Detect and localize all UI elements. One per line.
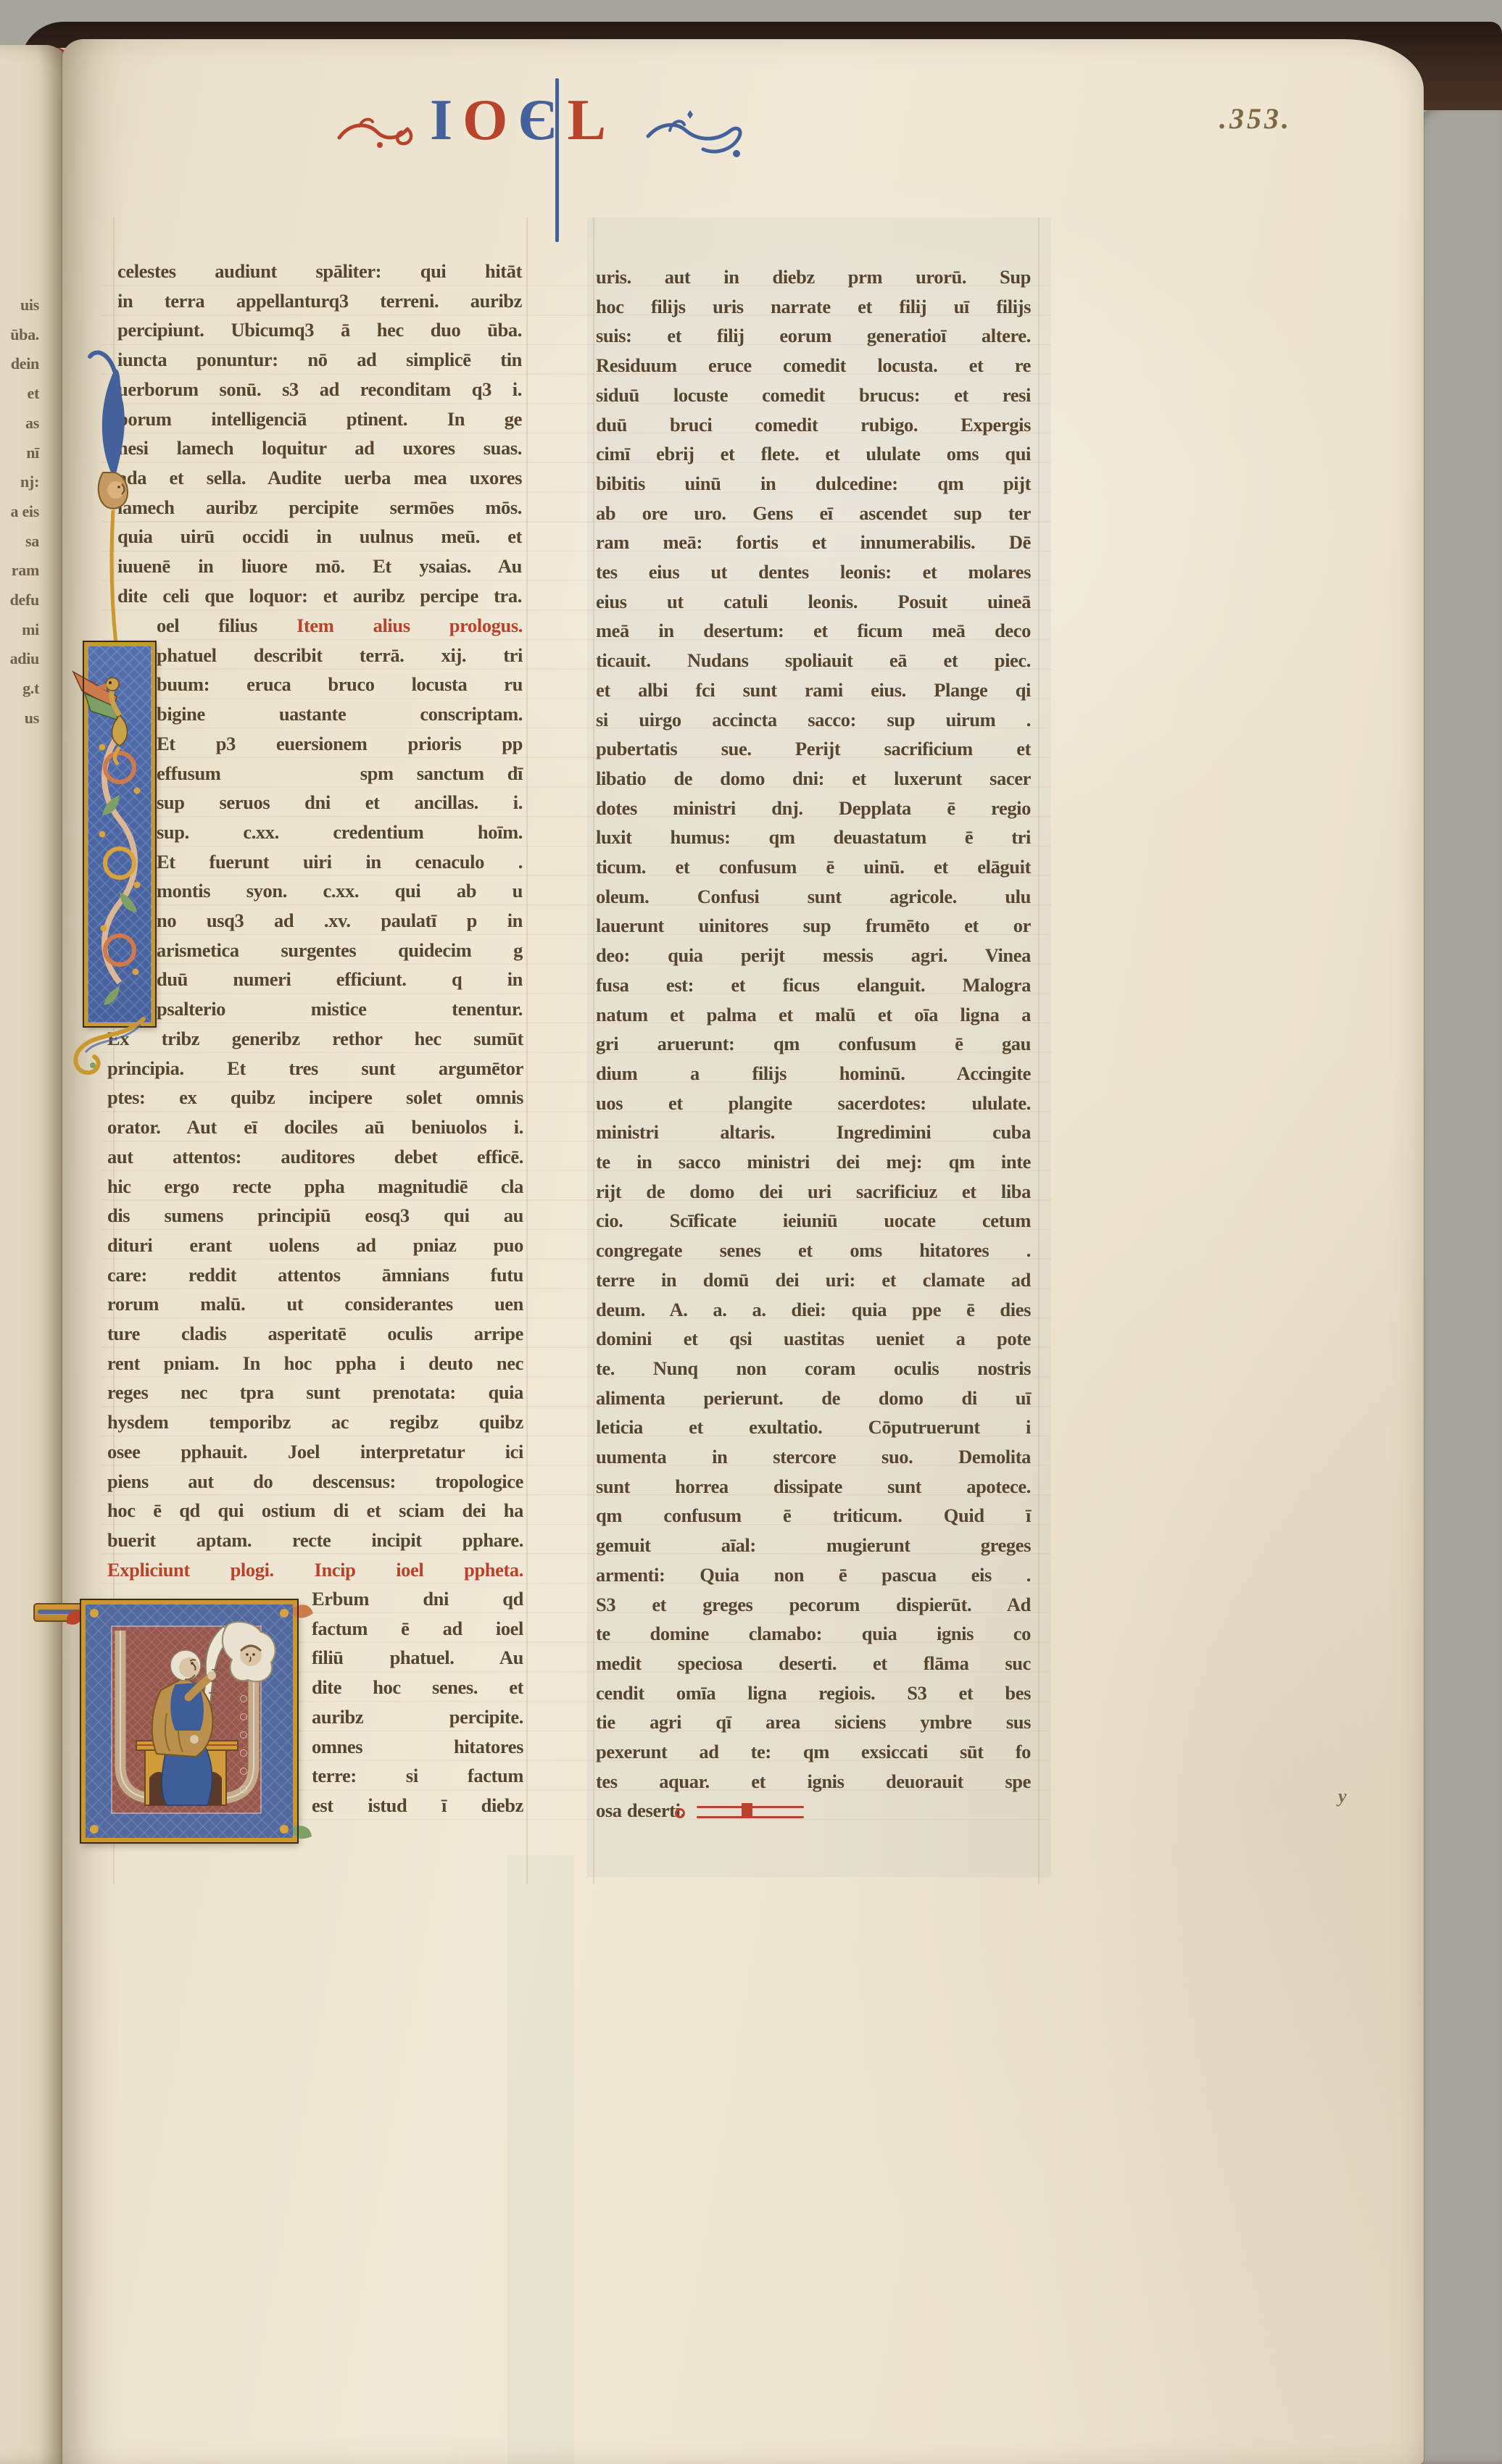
- joel-with-scroll-icon: [86, 1604, 293, 1838]
- text-line: pexerunt ad te: qm exsiccati sūt fo: [596, 1737, 1031, 1767]
- text-line: pubertatis sue. Perijt sacrificium et: [596, 734, 1031, 764]
- text-line: osa deserti.: [596, 1796, 1031, 1826]
- text-line: cendit omīa ligna regiois. S3 et bes: [596, 1678, 1031, 1708]
- initial-bar-vine-and-dragon-icon: [88, 646, 152, 1023]
- text-line: nesi lamech loquitur ad uxores suas.: [117, 433, 522, 463]
- text-line: te in sacco ministri dei mej: qm inte: [596, 1147, 1031, 1177]
- text-line: uumenta in stercore suo. Demolita: [596, 1442, 1031, 1472]
- text-line: eius ut catuli leonis. Posuit uineā: [596, 587, 1031, 617]
- facing-page-fragment: sa: [25, 526, 39, 556]
- text-line: domini et qsi uastitas ueniet a pote: [596, 1324, 1031, 1354]
- text-line: auribz percipite.: [312, 1702, 523, 1732]
- text-line: dis sumens principiū eosq3 qui au: [107, 1201, 523, 1231]
- ruling-line: [526, 217, 528, 1884]
- text-line: bibitis uinū in dulcedine: qm pijt: [596, 469, 1031, 499]
- fore-edge-pages: [1414, 106, 1502, 2464]
- text-line: bigine uastante conscriptam.: [157, 699, 523, 729]
- title-letter: O: [457, 91, 513, 149]
- quire-mark: y: [1338, 1787, 1347, 1806]
- text-line: te domine clamabo: quia ignis co: [596, 1619, 1031, 1649]
- text-line: natum et palma et malū et oīa ligna a: [596, 1000, 1031, 1030]
- facing-page-sliver: uisūba.deinetasnīnj:a eissaramdefumiadiu…: [0, 45, 70, 2464]
- header-flourish-right-icon: [641, 110, 750, 172]
- facing-page-fragment: as: [25, 408, 39, 438]
- text-line: uerborum sonū. s3 ad reconditam q3 i.: [117, 375, 522, 404]
- text-line: rijt de domo dei uri sacrificiuz et liba: [596, 1177, 1031, 1207]
- text-line: phatuel describit terrā. xij. tri: [157, 641, 523, 670]
- facing-page-fragment: a eis: [11, 496, 39, 526]
- header-flourish-left-icon: [335, 115, 419, 159]
- folio-number: .353.: [1219, 104, 1292, 133]
- text-line: duū numeri efficiunt. q in: [157, 965, 523, 994]
- text-line: ticum. et confusum ē uinū. et elāguit: [596, 852, 1031, 882]
- text-line: iuuenē in liuore mō. Et ysaias. Au: [117, 552, 522, 581]
- text-line: hysdem temporibz ac regibz quibz: [107, 1407, 523, 1437]
- running-title: IOЄL: [425, 91, 611, 149]
- text-line: ministri altaris. Ingredimini cuba: [596, 1117, 1031, 1147]
- text-line: meā in desertum: et ficum meā deco: [596, 616, 1031, 646]
- initial-extender-ornament: [75, 328, 136, 646]
- text-line: est istud ī diebz: [312, 1791, 523, 1820]
- text-line: tie agri qī area siciens ymbre sus: [596, 1707, 1031, 1737]
- text-line: luxit humus: qm deuastatum ē tri: [596, 823, 1031, 852]
- text-line: lauerunt uinitores sup frumēto et or: [596, 911, 1031, 941]
- text-line: gri aruerunt: qm confusum ē gau: [596, 1029, 1031, 1059]
- text-line: dite celi que loquor: et auribz percipe …: [117, 581, 522, 611]
- text-line: percipiunt. Ubicumq3 ā hec duo ūba.: [117, 315, 522, 345]
- initial-tail-flourish: [64, 1015, 158, 1084]
- inline-rubric: Item alius prologus.: [296, 615, 523, 636]
- decorated-initial-bar: [84, 642, 155, 1026]
- text-line: ada et sella. Audite uerba mea uxores: [117, 463, 522, 493]
- text-line: arismetica surgentes quidecim g: [157, 936, 523, 965]
- text-line: hoc filijs uris narrate et filij uī fili…: [596, 292, 1031, 322]
- text-line: dituri erant uolens ad pniaz puo: [107, 1231, 523, 1260]
- text-line: aut attentos: auditores debet efficē.: [107, 1142, 523, 1172]
- text-line: dotes ministri dnj. Depplata ē regio: [596, 794, 1031, 823]
- text-line: quia uirū occidi in uulnus meū. et: [117, 522, 522, 552]
- text-line: libatio de domo dni: et luxerunt sacer: [596, 764, 1031, 794]
- facing-page-fragment: g.t: [22, 673, 39, 703]
- text-line: dite hoc senes. et: [312, 1673, 523, 1702]
- text-line: leticia et exultatio. Cōputruerunt i: [596, 1412, 1031, 1442]
- text-line: cio. Scīficate ieiuniū uocate cetum: [596, 1206, 1031, 1236]
- text-line: psalterio mistice tenentur.: [157, 994, 523, 1024]
- ruling-line: [1038, 217, 1040, 1884]
- text-line: borum intelligenciā ptinent. In ge: [117, 404, 522, 434]
- text-line: qm confusum ē triticum. Quid ī: [596, 1501, 1031, 1531]
- text-line: orator. Aut eī dociles aū beniuolos i.: [107, 1112, 523, 1142]
- text-line: principia. Et tres sunt argumētor: [107, 1054, 523, 1083]
- facing-page-fragment: ūba.: [10, 320, 39, 349]
- text-line: et albi fci sunt rami eius. Plange qi: [596, 675, 1031, 705]
- text-line: sup. c.xx. credentium hoīm.: [157, 817, 523, 847]
- left-column-upper: celestes audiunt spāliter: qui hitātin t…: [117, 257, 522, 619]
- right-column: uris. aut in diebz prm urorū. Suphoc fil…: [596, 262, 1031, 1835]
- text-line: buum: eruca bruco locusta ru: [157, 670, 523, 699]
- facing-page-fragment: mi: [22, 615, 39, 644]
- text-line: suis: et filij eorum generatioī altere.: [596, 321, 1031, 351]
- text-line: oleum. Confusi sunt agricole. ulu: [596, 882, 1031, 912]
- text-line: Ex tribz generibz rethor hec sumūt: [107, 1024, 523, 1054]
- prophet-joel-miniature: [81, 1600, 297, 1842]
- text-line: Et fuerunt uiri in cenaculo .: [157, 847, 523, 877]
- text-line: rent pniam. In hoc ppha i deuto nec: [107, 1349, 523, 1378]
- facing-page-fragment: dein: [11, 349, 39, 378]
- text-line: hoc ē qd qui ostium di et sciam dei ha: [107, 1496, 523, 1526]
- rubric-line: Expliciunt plogi. Incip ioel ppheta.: [107, 1555, 523, 1585]
- left-column-beside-initial: oel filius Item alius prologus.phatuel d…: [157, 611, 523, 1031]
- text-line: fusa est: et ficus elanguit. Malogra: [596, 970, 1031, 1000]
- facing-page-fragment: us: [25, 703, 39, 733]
- text-line: filiū phatuel. Au: [312, 1643, 523, 1673]
- ruling-line: [593, 217, 594, 1884]
- text-line: ab ore uro. Gens eī ascendet sup ter: [596, 499, 1031, 528]
- facing-page-fragment: defu: [10, 585, 39, 615]
- text-line: te. Nunq non coram oculis nostris: [596, 1354, 1031, 1383]
- text-line: gemuit aīal: mugierunt greges: [596, 1531, 1031, 1560]
- text-line: iuncta ponuntur: nō ad simplicē tin: [117, 345, 522, 375]
- text-line: lamech auribz percipite sermōes mōs.: [117, 493, 522, 523]
- text-line: montis syon. c.xx. qui ab u: [157, 876, 523, 906]
- text-line: omnes hitatores: [312, 1732, 523, 1762]
- text-line: piens aut do descensus: tropologice: [107, 1467, 523, 1497]
- text-line: tes aquar. et ignis deuorauit spe: [596, 1767, 1031, 1797]
- text-line: rorum malū. ut considerantes uen: [107, 1289, 523, 1319]
- text-line: armenti: Quia non ē pascua eis .: [596, 1560, 1031, 1590]
- text-line: si uirgo accincta sacco: sup uirum .: [596, 705, 1031, 735]
- text-line: congregate senes et oms hitatores .: [596, 1236, 1031, 1265]
- text-line: care: reddit attentos āmnians futu: [107, 1260, 523, 1290]
- text-line: cimī ebrij et flete. et ululate oms qui: [596, 439, 1031, 469]
- facing-page-fragment: uis: [20, 290, 39, 320]
- text-line: no usq3 ad .xv. paulatī p in: [157, 906, 523, 936]
- facing-page-fragment: et: [28, 378, 40, 408]
- text-line: alimenta perierunt. de domo di uī: [596, 1383, 1031, 1413]
- text-line: uos et plangite sacerdotes: ululate.: [596, 1089, 1031, 1118]
- text-line: reges nec tpra sunt prenotata: quia: [107, 1378, 523, 1407]
- text-line: ram meā: fortis et innumerabilis. Dē: [596, 528, 1031, 557]
- text-line: deum. A. a. a. diei: quia ppe ē dies: [596, 1295, 1031, 1325]
- text-line: tes eius ut dentes leonis: et molares: [596, 557, 1031, 587]
- title-pen-stroke: [555, 78, 559, 242]
- manuscript-photo: uisūba.deinetasnīnj:a eissaramdefumiadiu…: [0, 0, 1502, 2464]
- text-line: Et p3 euersionem prioris pp: [157, 729, 523, 759]
- title-letter: I: [425, 91, 457, 149]
- text-line: in terra appellanturq3 terreni. auribz: [117, 286, 522, 316]
- text-line: duū bruci comedit rubigo. Expergis: [596, 410, 1031, 440]
- title-letter: L: [563, 91, 611, 149]
- text-line: terre in domū dei uri: et clamate ad: [596, 1265, 1031, 1295]
- text-line: Erbum dni qd: [312, 1584, 523, 1614]
- text-line: sup seruos dni et ancillas. i.: [157, 788, 523, 817]
- text-line: medit speciosa deserti. et flāma suc: [596, 1649, 1031, 1678]
- facing-page-fragment: adiu: [10, 644, 39, 673]
- text-line: terre: si factum: [312, 1761, 523, 1791]
- text-line: effusum spm sanctum dī: [157, 759, 523, 788]
- text-line: siduū locuste comedit brucus: et resi: [596, 380, 1031, 410]
- left-column-beside-miniature: Erbum dni qdfactum ē ad ioelfiliū phatue…: [312, 1584, 523, 1831]
- text-line: osee pphauit. Joel interpretatur ici: [107, 1437, 523, 1467]
- line-filler-ornament: [697, 1803, 804, 1822]
- text-line: hic ergo recte ppha magnitudiē cla: [107, 1172, 523, 1202]
- text-line: oel filius Item alius prologus.: [157, 611, 523, 641]
- text-line: factum ē ad ioel: [312, 1614, 523, 1644]
- text-line: ticauit. Nudans spoliauit eā et piec.: [596, 646, 1031, 675]
- text-line: ture cladis asperitatē oculis arripe: [107, 1319, 523, 1349]
- text-line: buerit aptam. recte incipit pphare.: [107, 1526, 523, 1555]
- text-line: deo: quia perijt messis agri. Vinea: [596, 941, 1031, 970]
- text-line: uris. aut in diebz prm urorū. Sup: [596, 262, 1031, 292]
- left-column-lower: Ex tribz generibz rethor hec sumūtprinci…: [107, 1024, 523, 1597]
- text-line: ptes: ex quibz incipere solet omnis: [107, 1083, 523, 1112]
- facing-page-fragment: ram: [12, 555, 39, 585]
- text-line: S3 et greges pecorum dispierūt. Ad: [596, 1590, 1031, 1620]
- text-line: Residuum eruce comedit locusta. et re: [596, 351, 1031, 380]
- text-line: sunt horrea dissipate sunt apotece.: [596, 1472, 1031, 1502]
- text-line: dium a filijs hominū. Accingite: [596, 1059, 1031, 1089]
- facing-page-fragment: nj:: [20, 467, 39, 496]
- text-line: celestes audiunt spāliter: qui hitāt: [117, 257, 522, 286]
- facing-page-fragment: nī: [26, 438, 39, 467]
